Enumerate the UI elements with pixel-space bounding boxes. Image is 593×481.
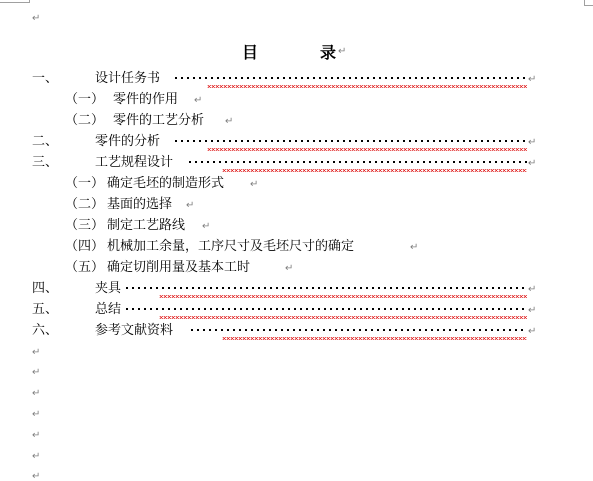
toc-leader-dots	[126, 308, 527, 310]
toc-entry-label: 工艺规程设计	[95, 153, 173, 173]
toc-entry-label: 基面的选择	[107, 195, 172, 215]
paragraph-mark-icon: ↵	[186, 201, 194, 211]
toc-entry-number: （一）	[65, 174, 104, 194]
toc-entry[interactable]: （二） 基面的选择 ↵	[0, 195, 593, 215]
toc-entry-number: 三、	[32, 153, 58, 173]
toc-entry-number: 四、	[32, 279, 58, 299]
toc-entry[interactable]: （五） 确定切削用量及基本工时 ↵	[0, 258, 593, 278]
paragraph-mark-icon: ↵	[225, 117, 233, 127]
toc-entry-number: （二）	[65, 195, 104, 215]
spellcheck-underline	[159, 295, 527, 298]
toc-entry-label: 零件的作用	[113, 90, 178, 110]
toc-entry[interactable]: （二） 零件的工艺分析 ↵	[0, 111, 593, 131]
toc-entry-label: 确定毛坯的制造形式	[107, 174, 224, 194]
toc-entry[interactable]: 五、 总结 ↵	[0, 300, 593, 320]
toc-entry-label: 零件的分析	[95, 132, 160, 152]
page-corner-marker-top-left	[0, 0, 30, 3]
toc-entry-label: 设计任务书	[95, 69, 160, 89]
toc-entry-label: 总结	[95, 300, 121, 320]
toc-entry[interactable]: 一、 设计任务书 ↵	[0, 69, 593, 89]
paragraph-mark-icon: ↵	[250, 180, 258, 190]
spellcheck-underline	[159, 316, 527, 319]
toc-entry-label: 参考文献资料	[95, 321, 173, 341]
paragraph-mark-icon: ↵	[285, 264, 293, 274]
toc-title-char-1: 目	[242, 40, 258, 63]
paragraph-mark-icon: ↵	[528, 138, 536, 148]
spellcheck-underline	[207, 85, 527, 88]
paragraph-mark-icon: ↵	[32, 348, 40, 358]
paragraph-mark-icon: ↵	[32, 368, 40, 378]
toc-entry-number: （一）	[65, 90, 104, 110]
toc-entry-number: 五、	[32, 300, 58, 320]
toc-entry-label: 制定工艺路线	[107, 216, 185, 236]
paragraph-mark-icon: ↵	[32, 389, 40, 399]
toc-leader-dots	[191, 329, 527, 331]
paragraph-mark-icon: ↵	[528, 306, 536, 316]
toc-entry[interactable]: （一） 零件的作用 ↵	[0, 90, 593, 110]
toc-entry[interactable]: 三、 工艺规程设计 ↵	[0, 153, 593, 173]
toc-entry-number: （四）	[65, 237, 104, 257]
toc-entry[interactable]: 四、 夹具 ↵	[0, 279, 593, 299]
toc-entry[interactable]: （四） 机械加工余量，工序尺寸及毛坯尺寸的确定 ↵	[0, 237, 593, 257]
page-corner-marker-top-right	[584, 0, 593, 6]
paragraph-mark-icon: ↵	[194, 96, 202, 106]
spellcheck-underline	[207, 148, 527, 151]
paragraph-mark-icon: ↵	[528, 75, 536, 85]
toc-entry-label: 夹具	[95, 279, 121, 299]
toc-title-char-2: 录	[320, 40, 336, 63]
paragraph-mark-icon: ↵	[202, 222, 210, 232]
paragraph-mark-icon: ↵	[528, 159, 536, 169]
toc-entry-number: 二、	[32, 132, 58, 152]
toc-leader-dots	[126, 287, 527, 289]
toc-leader-dots	[175, 77, 527, 79]
paragraph-mark-icon: ↵	[338, 47, 346, 57]
toc-entry-label: 确定切削用量及基本工时	[107, 258, 250, 278]
toc-entry-number: （二）	[65, 111, 104, 131]
toc-entry-number: 六、	[32, 321, 58, 341]
paragraph-mark-icon: ↵	[32, 14, 40, 24]
paragraph-mark-icon: ↵	[32, 431, 40, 441]
toc-entry-number: 一、	[32, 69, 58, 89]
toc-title: 目 录 ↵	[0, 40, 593, 60]
paragraph-mark-icon: ↵	[32, 410, 40, 420]
toc-entry[interactable]: （三） 制定工艺路线 ↵	[0, 216, 593, 236]
spellcheck-underline	[222, 169, 527, 172]
toc-entry-label: 机械加工余量，工序尺寸及毛坯尺寸的确定	[107, 237, 354, 257]
toc-leader-dots	[175, 140, 527, 142]
toc-leader-dots	[189, 161, 527, 163]
toc-entry[interactable]: （一） 确定毛坯的制造形式 ↵	[0, 174, 593, 194]
toc-entry-number: （五）	[65, 258, 104, 278]
toc-entry-number: （三）	[65, 216, 104, 236]
paragraph-mark-icon: ↵	[32, 472, 40, 481]
paragraph-mark-icon: ↵	[528, 327, 536, 337]
toc-entry-label: 零件的工艺分析	[113, 111, 204, 131]
paragraph-mark-icon: ↵	[528, 285, 536, 295]
toc-entry[interactable]: 二、 零件的分析 ↵	[0, 132, 593, 152]
paragraph-mark-icon: ↵	[32, 452, 40, 462]
toc-entry[interactable]: 六、 参考文献资料 ↵	[0, 321, 593, 341]
paragraph-mark-icon: ↵	[410, 243, 418, 253]
spellcheck-underline	[222, 337, 527, 340]
